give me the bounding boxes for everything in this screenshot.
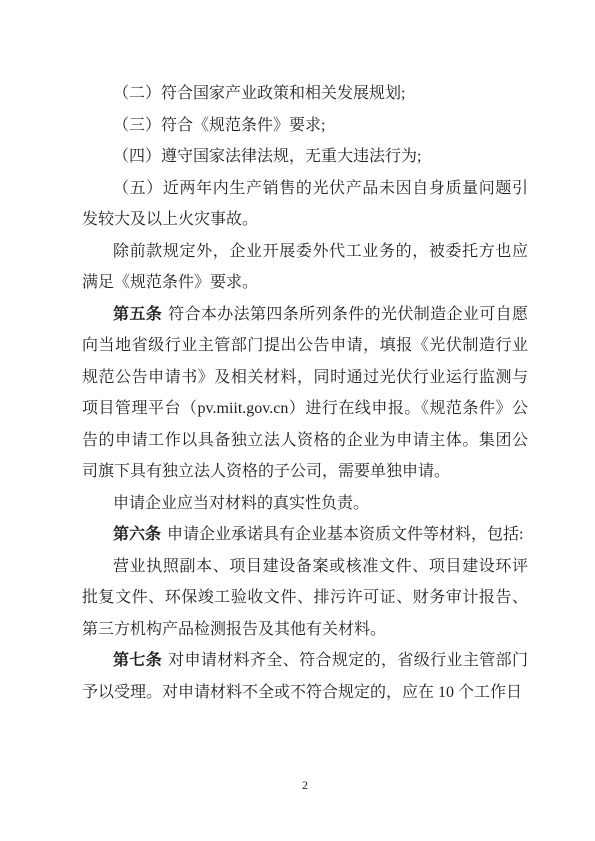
paragraph: 除前款规定外，企业开展委外代工业务的，被委托方也应满足《规范条件》要求。: [82, 236, 528, 299]
page-number: 2: [82, 778, 528, 793]
paragraph: 第六条申请企业承诺具有企业基本资质文件等材料，包括:: [82, 519, 528, 551]
paragraph: （四）遵守国家法律法规，无重大违法行为;: [82, 141, 528, 173]
document-page: （二）符合国家产业政策和相关发展规划;（三）符合《规范条件》要求;（四）遵守国家…: [0, 0, 595, 841]
article-number: 第五条: [113, 306, 162, 323]
paragraph: 申请企业应当对材料的真实性负责。: [82, 488, 528, 520]
document-body: （二）符合国家产业政策和相关发展规划;（三）符合《规范条件》要求;（四）遵守国家…: [82, 78, 528, 708]
article-number: 第六条: [113, 526, 161, 543]
paragraph: 第五条符合本办法第四条所列条件的光伏制造企业可自愿向当地省级行业主管部门提出公告…: [82, 299, 528, 488]
paragraph: （五）近两年内生产销售的光伏产品未因自身质量问题引发较大及以上火灾事故。: [82, 173, 528, 236]
paragraph: 第七条对申请材料齐全、符合规定的，省级行业主管部门予以受理。对申请材料不全或不符…: [82, 645, 528, 708]
article-number: 第七条: [113, 652, 162, 669]
paragraph: （三）符合《规范条件》要求;: [82, 110, 528, 142]
paragraph: 营业执照副本、项目建设备案或核准文件、项目建设环评批复文件、环保竣工验收文件、排…: [82, 551, 528, 646]
paragraph: （二）符合国家产业政策和相关发展规划;: [82, 78, 528, 110]
